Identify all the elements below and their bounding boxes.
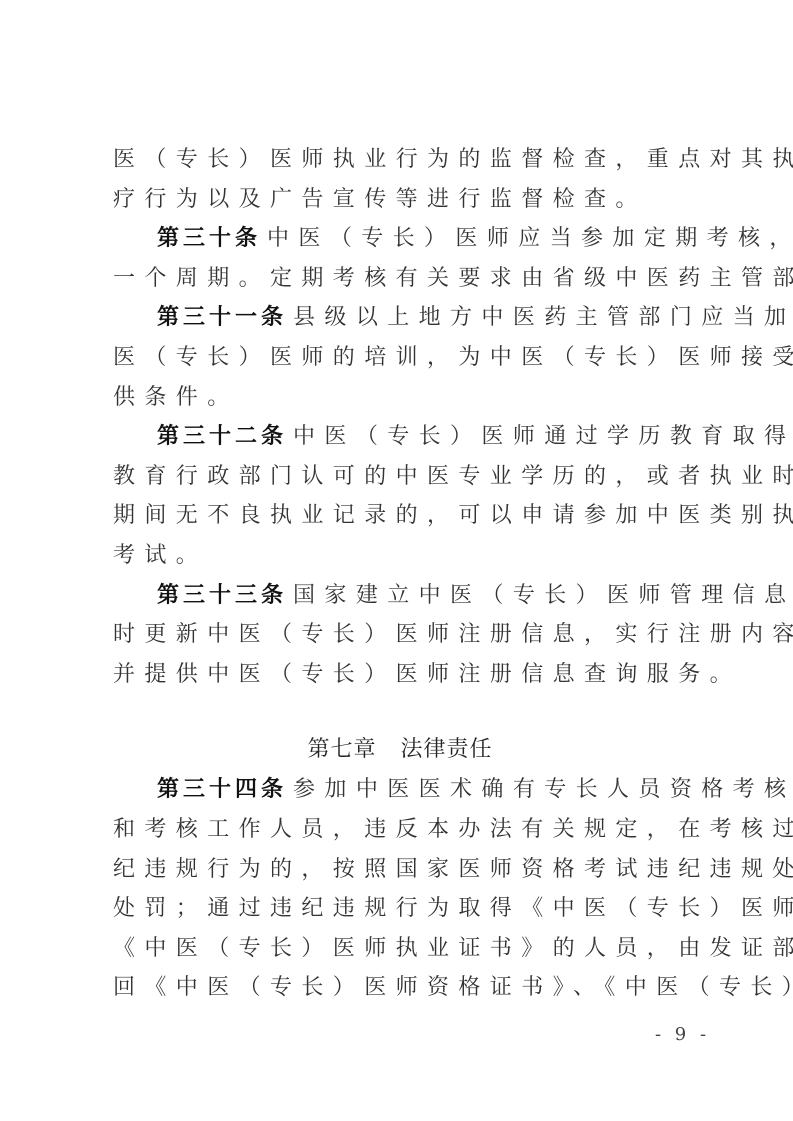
text-line: 《中医（专长）医师执业证书》的人员，由发证部门撤销并收 xyxy=(113,929,695,969)
text-line: 和考核工作人员，违反本办法有关规定，在考核过程中发生违 xyxy=(113,810,695,850)
article-30-first-line: 第三十条中医（专长）医师应当参加定期考核，每两年为 xyxy=(113,219,695,259)
document-body: 医（专长）医师执业行为的监督检查，重点对其执业范围、诊 疗行为以及广告宣传等进行… xyxy=(113,140,695,1008)
article-label: 第三十三条 xyxy=(157,583,287,608)
article-text: 参加中医医术确有专长人员资格考核的人员 xyxy=(293,777,793,802)
article-34-first-line: 第三十四条参加中医医术确有专长人员资格考核的人员 xyxy=(113,770,695,810)
article-label: 第三十四条 xyxy=(157,777,287,802)
text-line: 期间无不良执业记录的，可以申请参加中医类别执业医师资格 xyxy=(113,496,695,536)
text-line: 并提供中医（专长）医师注册信息查询服务。 xyxy=(113,655,695,695)
article-label: 第三十二条 xyxy=(157,424,287,449)
text-line: 疗行为以及广告宣传等进行监督检查。 xyxy=(113,180,695,220)
article-text: 中医（专长）医师通过学历教育取得省级以上 xyxy=(293,424,793,449)
text-line: 回《中医（专长）医师资格证书》、《中医（专长）医师执业 xyxy=(113,968,695,1008)
chapter-spacer xyxy=(113,694,695,730)
article-text: 中医（专长）医师应当参加定期考核，每两年为 xyxy=(267,226,793,251)
article-31-first-line: 第三十一条县级以上地方中医药主管部门应当加强对中 xyxy=(113,298,695,338)
article-text: 国家建立中医（专长）医师管理信息系统，及 xyxy=(293,583,793,608)
text-line: 时更新中医（专长）医师注册信息，实行注册内容公开制度， xyxy=(113,615,695,655)
article-label: 第三十条 xyxy=(157,226,261,251)
text-line: 供条件。 xyxy=(113,378,695,418)
chapter-heading: 第七章法律责任 xyxy=(105,730,695,770)
document-page: 医（专长）医师执业行为的监督检查，重点对其执业范围、诊 疗行为以及广告宣传等进行… xyxy=(0,0,793,1121)
article-32-first-line: 第三十二条中医（专长）医师通过学历教育取得省级以上 xyxy=(113,417,695,457)
text-line: 医（专长）医师执业行为的监督检查，重点对其执业范围、诊 xyxy=(113,140,695,180)
article-text: 县级以上地方中医药主管部门应当加强对中 xyxy=(293,305,793,330)
text-line: 纪违规行为的，按照国家医师资格考试违纪违规处理有关规定 xyxy=(113,850,695,890)
article-33-first-line: 第三十三条国家建立中医（专长）医师管理信息系统，及 xyxy=(113,576,695,616)
text-line: 教育行政部门认可的中医专业学历的，或者执业时间满五年、 xyxy=(113,457,695,497)
text-line: 医（专长）医师的培训，为中医（专长）医师接受继续教育提 xyxy=(113,338,695,378)
chapter-number: 第七章 xyxy=(307,737,376,762)
text-line: 一个周期。定期考核有关要求由省级中医药主管部门确定。 xyxy=(113,259,695,299)
page-number: - 9 - xyxy=(655,1024,710,1045)
chapter-title-text: 法律责任 xyxy=(401,737,493,762)
text-line: 考试。 xyxy=(113,536,695,576)
article-label: 第三十一条 xyxy=(157,305,287,330)
text-line: 处罚；通过违纪违规行为取得《中医（专长）医师资格证书》、 xyxy=(113,889,695,929)
